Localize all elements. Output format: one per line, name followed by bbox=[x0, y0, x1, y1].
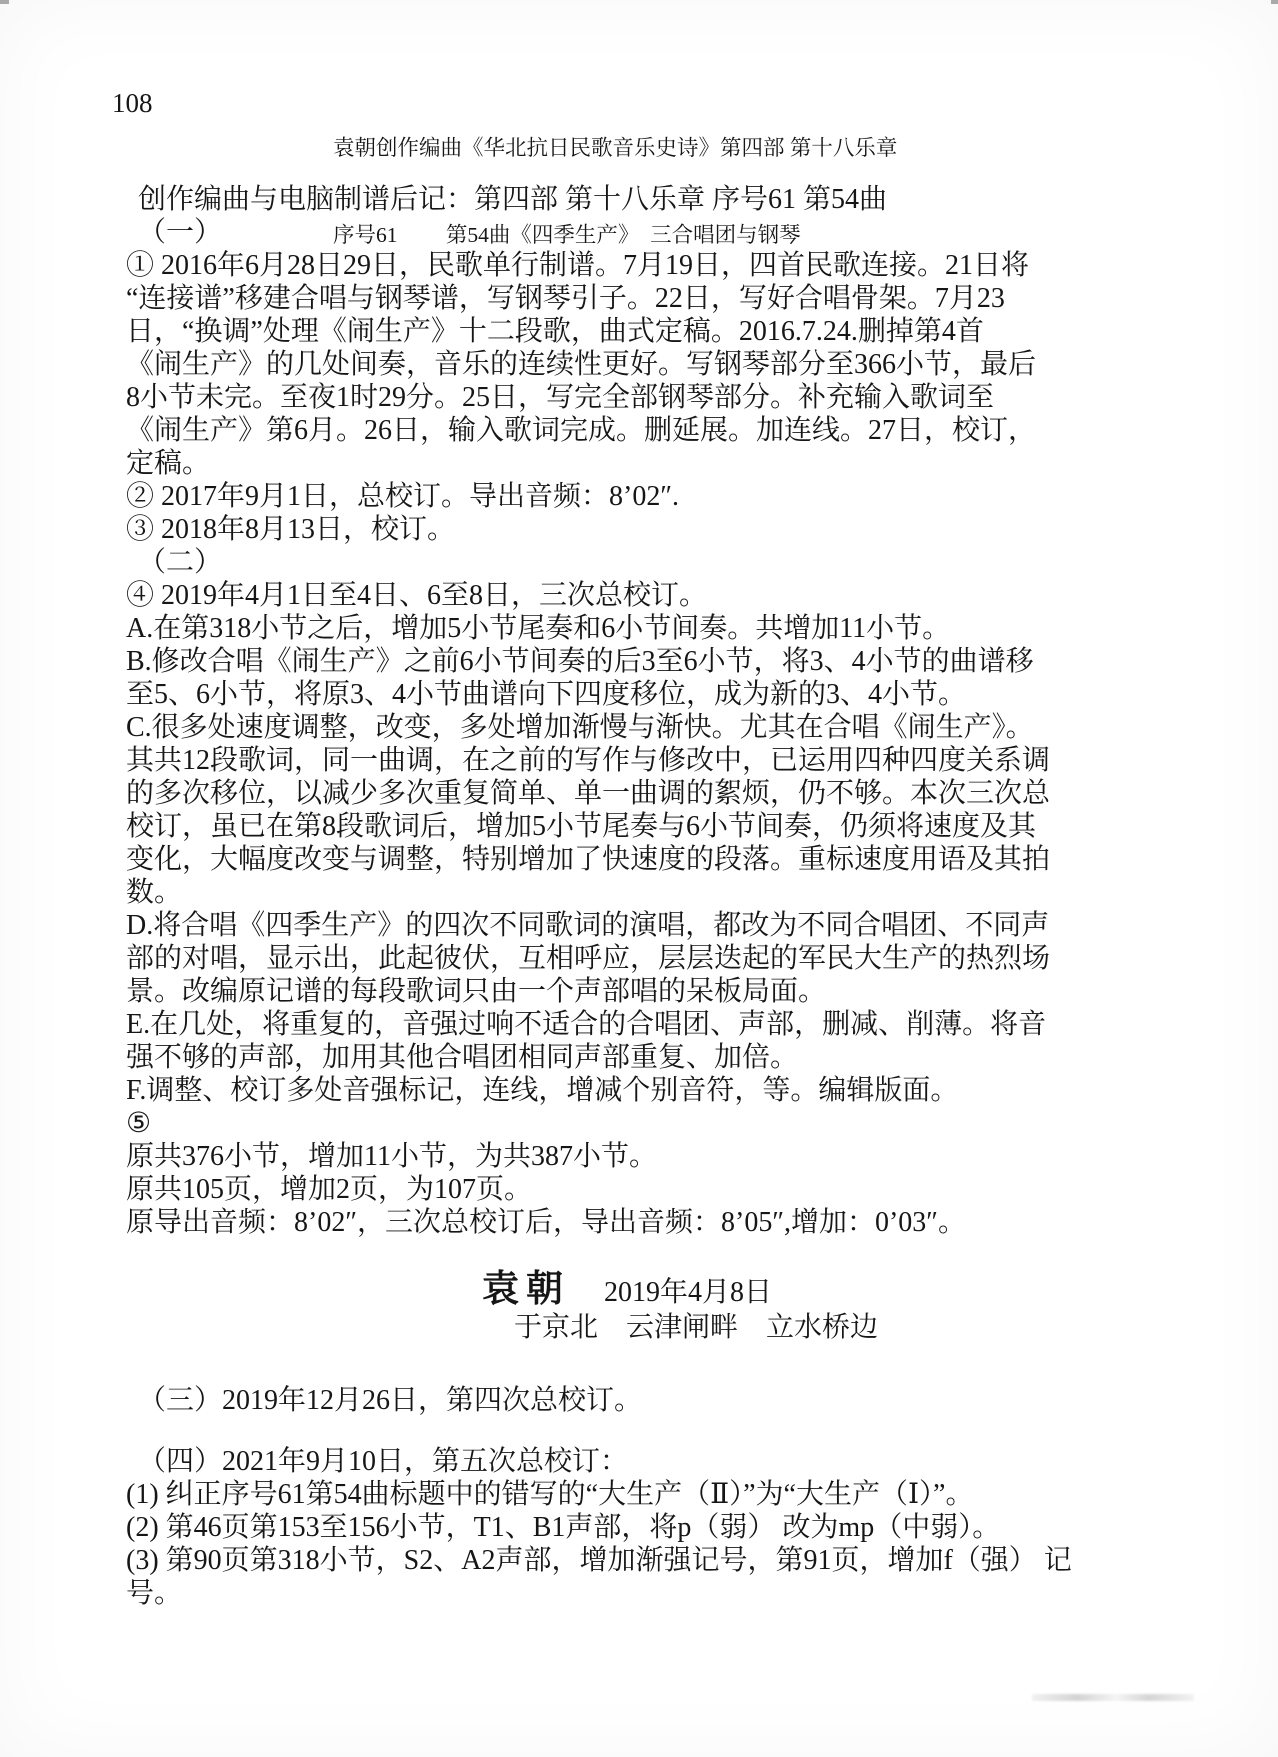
body-line: A.在第318小节之后，增加5小节尾奏和6小节间奏。共增加11小节。 bbox=[126, 612, 1050, 645]
body-line: 其共12段歌词，同一曲调，在之前的写作与修改中，已运用四种四度关系调 bbox=[126, 744, 1050, 777]
body-line: C.很多处速度调整，改变，多处增加渐慢与渐快。尤其在合唱《闹生产》。 bbox=[126, 711, 1050, 744]
body-line: “连接谱”移建合唱与钢琴谱，写钢琴引子。22日，写好合唱骨架。7月23 bbox=[126, 282, 1050, 315]
revision-note-fourth: （四）2021年9月10日，第五次总校订： (1) 纠正序号61第54曲标题中的… bbox=[126, 1445, 1072, 1610]
body-line: 强不够的声部，加用其他合唱团相同声部重复、加倍。 bbox=[126, 1041, 1050, 1074]
body-line: 8小节未完。至夜1时29分。25日，写完全部钢琴部分。补充输入歌词至 bbox=[126, 381, 1050, 414]
section-label: ⑤ bbox=[126, 1107, 1050, 1140]
revision-item: (3) 第90页第318小节，S2、A2声部，增加渐强记号，第91页，增加f（强… bbox=[126, 1544, 1072, 1577]
revision-note-third: （三）2019年12月26日，第四次总校订。 bbox=[138, 1384, 642, 1417]
body-title-line: 创作编曲与电脑制谱后记：第四部 第十八乐章 序号61 第54曲 bbox=[126, 183, 1050, 216]
body-line: 日，“换调”处理《闹生产》十二段歌，曲式定稿。2016.7.24.删掉第4首 bbox=[126, 315, 1050, 348]
body-line: 定稿。 bbox=[126, 447, 1050, 480]
body-line: 原共376小节，增加11小节，为共387小节。 bbox=[126, 1140, 1050, 1173]
document-page: 108 袁朝创作编曲《华北抗日民歌音乐史诗》第四部 第十八乐章 序号61 第54… bbox=[0, 0, 1278, 1757]
body-line: 变化，大幅度改变与调整，特别增加了快速度的段落。重标速度用语及其拍 bbox=[126, 843, 1050, 876]
body-line: 至5、6小节，将原3、4小节曲谱向下四度移位，成为新的3、4小节。 bbox=[126, 678, 1050, 711]
body-line: ④ 2019年4月1日至4日、6至8日，三次总校订。 bbox=[126, 579, 1050, 612]
body-line: 校订，虽已在第8段歌词后，增加5小节尾奏与6小节间奏，仍须将速度及其 bbox=[126, 810, 1050, 843]
revision-item-continuation: 号。 bbox=[126, 1577, 1072, 1610]
postscript-body: 创作编曲与电脑制谱后记：第四部 第十八乐章 序号61 第54曲 （一） ① 20… bbox=[126, 183, 1050, 1239]
body-line: 《闹生产》第6月。26日，输入歌词完成。删延展。加连线。27日，校订， bbox=[126, 414, 1050, 447]
signature-place: 于京北 云津闸畔 立水桥边 bbox=[514, 1311, 878, 1344]
body-line: F.调整、校订多处音强标记，连线，增减个别音符，等。编辑版面。 bbox=[126, 1074, 1050, 1107]
page-number: 108 bbox=[112, 88, 153, 118]
body-line: 原共105页，增加2页，为107页。 bbox=[126, 1173, 1050, 1206]
body-line: 原导出音频：8’02″，三次总校订后，导出音频：8’05″,增加：0’03″。 bbox=[126, 1206, 1050, 1239]
header-line-1: 袁朝创作编曲《华北抗日民歌音乐史诗》第四部 第十八乐章 bbox=[333, 134, 897, 163]
author-signature: 袁朝 bbox=[482, 1270, 570, 1310]
body-line: ① 2016年6月28日29日，民歌单行制谱。7月19日，四首民歌连接。21日将 bbox=[126, 249, 1050, 282]
faint-watermark bbox=[1032, 1694, 1194, 1701]
revision-fourth-heading: （四）2021年9月10日，第五次总校订： bbox=[126, 1445, 1072, 1478]
body-line: ② 2017年9月1日，总校订。导出音频：8’02″. bbox=[126, 480, 1050, 513]
body-line: 部的对唱，显示出，此起彼伏，互相呼应，层层迭起的军民大生产的热烈场 bbox=[126, 942, 1050, 975]
revision-item: (1) 纠正序号61第54曲标题中的错写的“大生产（Ⅱ）”为“大生产（Ⅰ）”。 bbox=[126, 1478, 1072, 1511]
body-line: 《闹生产》的几处间奏，音乐的连续性更好。写钢琴部分至366小节，最后 bbox=[126, 348, 1050, 381]
body-line: 数。 bbox=[126, 876, 1050, 909]
body-line: B.修改合唱《闹生产》之前6小节间奏的后3至6小节，将3、4小节的曲谱移 bbox=[126, 645, 1050, 678]
body-line: E.在几处，将重复的，音强过响不适合的合唱团、声部，删减、削薄。将音 bbox=[126, 1008, 1050, 1041]
scan-artifact-top-right bbox=[1271, 0, 1278, 4]
section-label: （二） bbox=[126, 546, 1050, 579]
body-line: ③ 2018年8月13日，校订。 bbox=[126, 513, 1050, 546]
signature-row: 袁朝 2019年4月8日 bbox=[482, 1270, 772, 1310]
body-line: D.将合唱《四季生产》的四次不同歌词的演唱，都改为不同合唱团、不同声 bbox=[126, 909, 1050, 942]
signature-date: 2019年4月8日 bbox=[604, 1276, 772, 1309]
body-line: 的多次移位，以减少多次重复简单、单一曲调的絮烦，仍不够。本次三次总 bbox=[126, 777, 1050, 810]
section-label: （一） bbox=[126, 216, 1050, 249]
revision-item: (2) 第46页第153至156小节，T1、B1声部，将p（弱） 改为mp（中弱… bbox=[126, 1511, 1072, 1544]
scan-artifact-top-left bbox=[0, 0, 9, 4]
body-line: 景。改编原记谱的每段歌词只由一个声部唱的呆板局面。 bbox=[126, 975, 1050, 1008]
